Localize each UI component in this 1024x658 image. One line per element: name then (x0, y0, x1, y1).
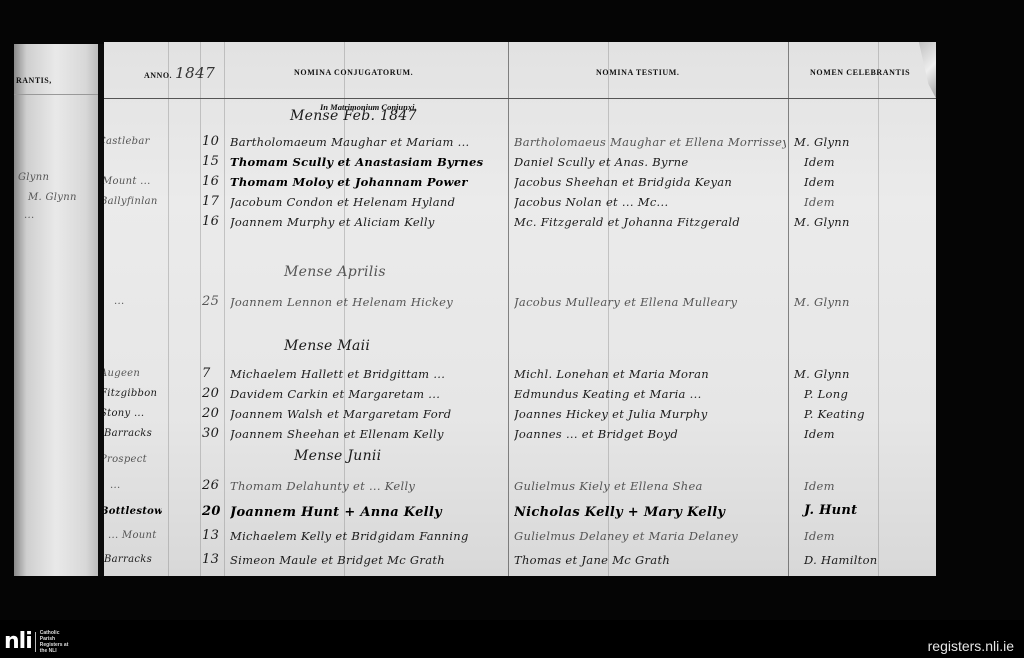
celebrant: M. Glynn (794, 215, 850, 229)
register-page: ANNO.1847 NOMINA CONJUGATORUM. NOMINA TE… (104, 42, 936, 576)
couple-names: Joannem Hunt + Anna Kelly (230, 505, 506, 520)
nli-logo-text: Catholic Parish Registers at the NLI (40, 630, 74, 654)
celebrant: Idem (804, 155, 835, 169)
place: Bottlestown (104, 506, 162, 517)
couple-names: Thomam Moloy et Johannam Power (230, 175, 506, 189)
celebrant: P. Long (804, 387, 848, 401)
witness-names: Mc. Fitzgerald et Johanna Fitzgerald (514, 215, 786, 229)
day: 20 (202, 406, 219, 421)
couple-names: Michaelem Hallett et Bridgittam ... (230, 367, 506, 381)
witness-names: Jacobus Sheehan et Bridgida Keyan (514, 175, 786, 189)
place: Prospect (104, 454, 160, 465)
place: ... (114, 296, 124, 307)
witness-names: Gulielmus Kiely et Ellena Shea (514, 479, 786, 493)
celebrant: Idem (804, 529, 835, 543)
year-value: 1847 (175, 64, 215, 82)
month-heading: Mense Feb. 1847 (290, 108, 417, 124)
witness-names: Joannes ... et Bridget Boyd (514, 427, 786, 441)
couple-names: Bartholomaeum Maughar et Mariam ... (230, 135, 506, 149)
day: 16 (202, 214, 219, 229)
day: 13 (202, 552, 219, 567)
place: Barracks (104, 428, 162, 439)
witness-names: Michl. Lonehan et Maria Moran (514, 367, 786, 381)
place: Castlebar (104, 136, 158, 147)
left-facing-page: RANTIS, Glynn M. Glynn ... (14, 44, 98, 576)
column-header-testium: NOMINA TESTIUM. (596, 68, 680, 77)
day: 30 (202, 426, 219, 441)
place: Ballyfinlan (104, 196, 162, 207)
witness-names: Jacobus Nolan et ... Mc... (514, 195, 786, 209)
witness-names: Nicholas Kelly + Mary Kelly (514, 505, 786, 520)
month-heading: Mense Maii (284, 338, 370, 354)
scan-viewer: RANTIS, Glynn M. Glynn ... ANNO.1847 NOM… (0, 0, 1024, 620)
column-header-celebrantis: NOMEN CELEBRANTIS (810, 68, 910, 77)
day: 26 (202, 478, 219, 493)
day: 7 (202, 366, 211, 381)
place: Mount ... (104, 176, 162, 187)
day: 17 (202, 194, 219, 209)
couple-names: Davidem Carkin et Margaretam ... (230, 387, 506, 401)
celebrant: Idem (804, 175, 835, 189)
celebrant: P. Keating (804, 407, 865, 421)
celebrant: M. Glynn (794, 295, 850, 309)
place: Fitzgibbon (104, 388, 160, 399)
month-heading: Mense Aprilis (284, 264, 386, 280)
day: 25 (202, 294, 219, 309)
witness-names: Thomas et Jane Mc Grath (514, 553, 786, 567)
place: Augeen (104, 368, 160, 379)
couple-names: Simeon Maule et Bridget Mc Grath (230, 553, 506, 567)
witness-names: Jacobus Mulleary et Ellena Mulleary (514, 295, 786, 309)
witness-names: Gulielmus Delaney et Maria Delaney (514, 529, 786, 543)
header-rule (104, 98, 936, 99)
month-heading: Mense Junii (294, 448, 381, 464)
year-label: ANNO.1847 (144, 64, 215, 82)
nli-logo-mark: nli (4, 631, 32, 653)
celebrant: M. Glynn (794, 135, 850, 149)
celebrant: M. Glynn (794, 367, 850, 381)
couple-names: Thomam Scully et Anastasiam Byrnes (230, 155, 506, 169)
footer-bar (0, 620, 1024, 658)
place: Stony ... (104, 408, 160, 419)
margin-note: ... (24, 210, 34, 221)
day: 16 (202, 174, 219, 189)
couple-names: Joannem Sheehan et Ellenam Kelly (230, 427, 506, 441)
witness-names: Edmundus Keating et Maria ... (514, 387, 786, 401)
couple-names: Michaelem Kelly et Bridgidam Fanning (230, 529, 506, 543)
couple-names: Joannem Murphy et Aliciam Kelly (230, 215, 506, 229)
margin-note: M. Glynn (28, 192, 77, 203)
day: 20 (202, 386, 219, 401)
witness-names: Joannes Hickey et Julia Murphy (514, 407, 786, 421)
day: 20 (202, 504, 221, 519)
left-page-header: RANTIS, (16, 76, 52, 85)
nli-logo[interactable]: nli Catholic Parish Registers at the NLI (4, 630, 74, 654)
witness-names: Bartholomaeus Maughar et Ellena Morrisse… (514, 135, 786, 149)
celebrant: D. Hamilton (804, 553, 878, 567)
place: ... Mount (108, 530, 157, 541)
celebrant: Idem (804, 479, 835, 493)
column-header-conjugatorum: NOMINA CONJUGATORUM. (294, 68, 413, 77)
margin-note: Glynn (18, 172, 49, 183)
logo-divider (35, 632, 36, 652)
celebrant: Idem (804, 427, 835, 441)
day: 13 (202, 528, 219, 543)
couple-names: Thomam Delahunty et ... Kelly (230, 479, 506, 493)
place: ... (110, 480, 120, 491)
celebrant: Idem (804, 195, 835, 209)
day: 15 (202, 154, 219, 169)
couple-names: Joannem Lennon et Helenam Hickey (230, 295, 506, 309)
place: Barracks (104, 554, 162, 565)
day: 10 (202, 134, 219, 149)
page-corner-curl (914, 42, 936, 102)
site-url[interactable]: registers.nli.ie (928, 638, 1014, 654)
couple-names: Jacobum Condon et Helenam Hyland (230, 195, 506, 209)
divider (14, 94, 98, 95)
couple-names: Joannem Walsh et Margaretam Ford (230, 407, 506, 421)
celebrant: J. Hunt (804, 503, 857, 518)
witness-names: Daniel Scully et Anas. Byrne (514, 155, 786, 169)
